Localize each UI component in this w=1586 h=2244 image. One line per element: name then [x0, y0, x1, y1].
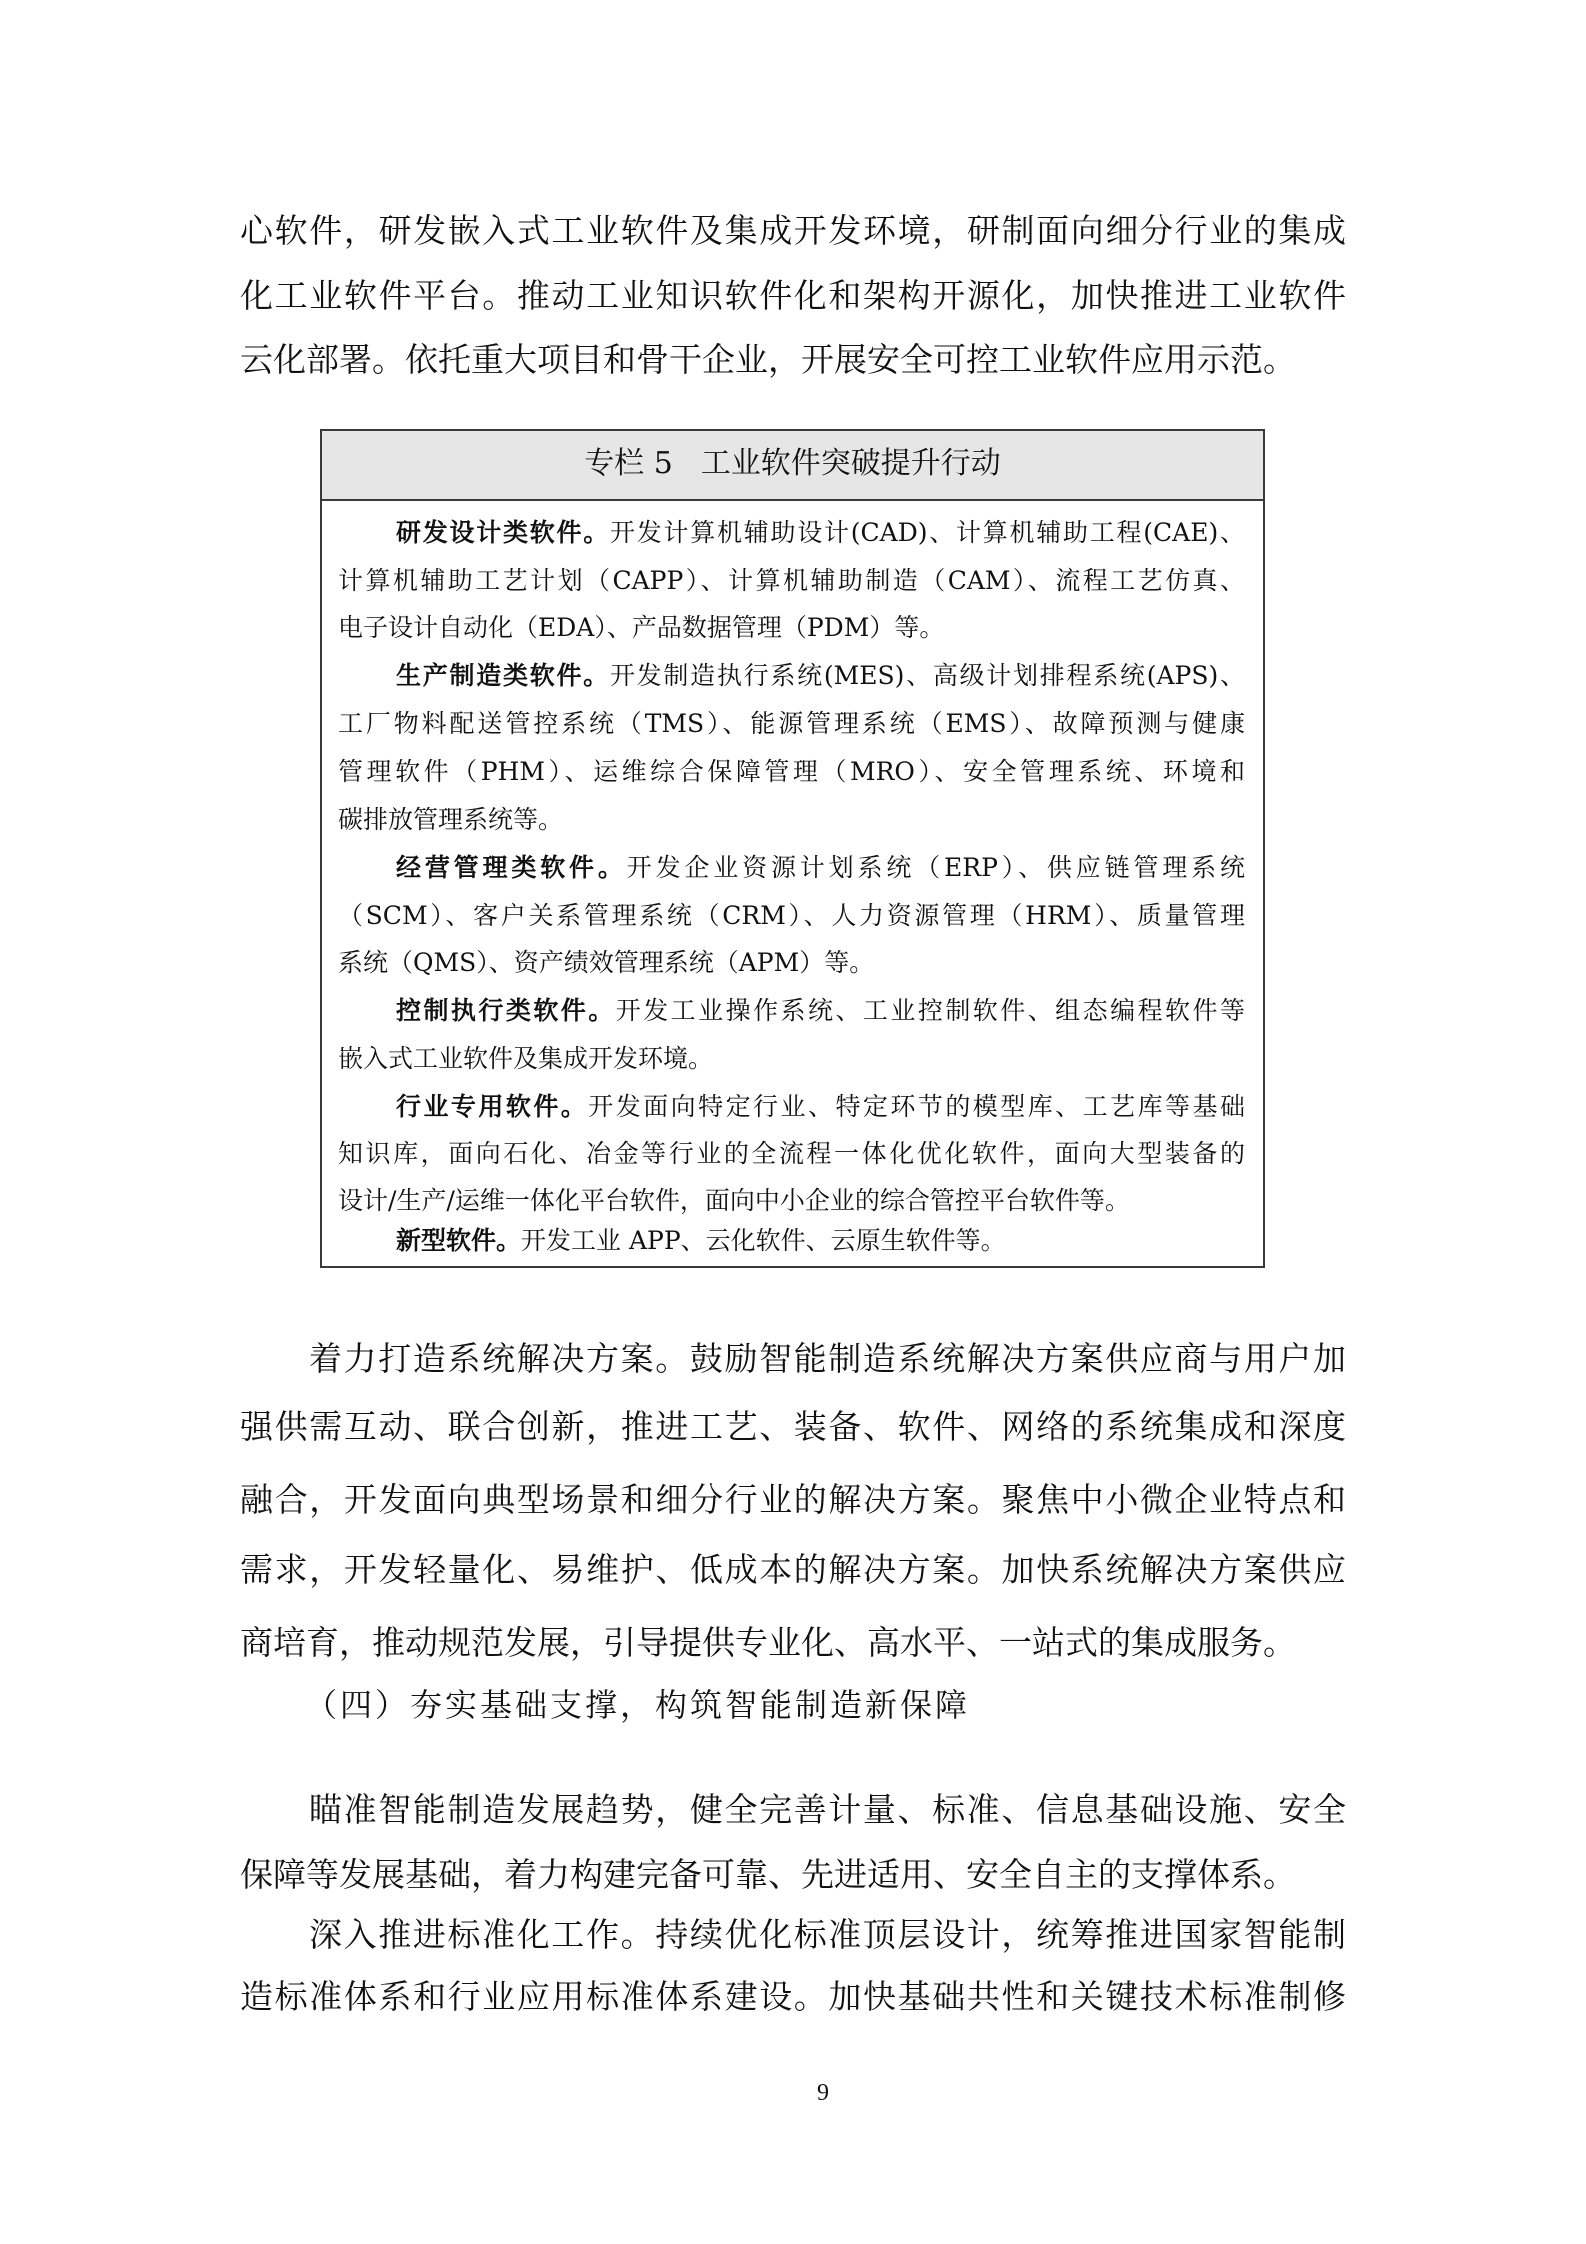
body-text-line: 着力打造系统解决方案。鼓励智能制造系统解决方案供应商与用户加: [309, 1336, 1346, 1382]
callout-term: 生产制造类软件。: [396, 661, 610, 690]
callout-term: 控制执行类软件。: [396, 996, 616, 1025]
callout-line: 知识库，面向石化、冶金等行业的全流程一体化优化软件，面向大型装备的: [338, 1134, 1245, 1174]
callout-line: 设计/生产/运维一体化平台软件，面向中小企业的综合管控平台软件等。: [338, 1181, 1245, 1221]
callout-line: 生产制造类软件。开发制造执行系统(MES)、高级计划排程系统(APS)、: [396, 656, 1245, 696]
body-text-line: 云化部署。依托重大项目和骨干企业，开展安全可控工业软件应用示范。: [240, 337, 1346, 383]
callout-line: （SCM）、客户关系管理系统（CRM）、人力资源管理（HRM）、质量管理: [338, 896, 1245, 936]
callout-term: 行业专用软件。: [396, 1092, 588, 1121]
body-text-line: 心软件，研发嵌入式工业软件及集成开发环境，研制面向细分行业的集成: [240, 208, 1346, 254]
callout-line: 管理软件（PHM）、运维综合保障管理（MRO）、安全管理系统、环境和: [338, 752, 1245, 792]
callout-term: 研发设计类软件。: [396, 518, 610, 547]
callout-label: 专栏 5: [584, 446, 673, 481]
callout-line: 行业专用软件。开发面向特定行业、特定环节的模型库、工艺库等基础: [396, 1087, 1245, 1127]
callout-header: 专栏 5工业软件突破提升行动: [322, 431, 1263, 501]
body-text-line: 造标准体系和行业应用标准体系建设。加快基础共性和关键技术标准制修: [240, 1974, 1346, 2020]
section-heading: （四）夯实基础支撑，构筑智能制造新保障: [305, 1682, 970, 1728]
callout-title: 工业软件突破提升行动: [701, 446, 1001, 481]
body-text-line: 深入推进标准化工作。持续优化标准顶层设计，统筹推进国家智能制: [309, 1912, 1346, 1958]
callout-line: 电子设计自动化（EDA）、产品数据管理（PDM）等。: [338, 608, 1245, 648]
body-text-line: 瞄准智能制造发展趋势，健全完善计量、标准、信息基础设施、安全: [309, 1787, 1346, 1833]
callout-line: 新型软件。开发工业 APP、云化软件、云原生软件等。: [396, 1221, 1245, 1261]
body-text-line: 商培育，推动规范发展，引导提供专业化、高水平、一站式的集成服务。: [240, 1620, 1346, 1666]
callout-line: 碳排放管理系统等。: [338, 800, 1245, 840]
callout-line: 研发设计类软件。开发计算机辅助设计(CAD)、计算机辅助工程(CAE)、: [396, 513, 1245, 553]
callout-term: 新型软件。: [396, 1226, 521, 1255]
body-text-line: 化工业软件平台。推动工业知识软件化和架构开源化，加快推进工业软件: [240, 273, 1346, 319]
callout-line: 控制执行类软件。开发工业操作系统、工业控制软件、组态编程软件等: [396, 991, 1245, 1031]
body-text-line: 强供需互动、联合创新，推进工艺、装备、软件、网络的系统集成和深度: [240, 1404, 1346, 1450]
callout-line: 计算机辅助工艺计划（CAPP）、计算机辅助制造（CAM）、流程工艺仿真、: [338, 561, 1245, 601]
callout-line: 系统（QMS）、资产绩效管理系统（APM）等。: [338, 943, 1245, 983]
body-text-line: 保障等发展基础，着力构建完备可靠、先进适用、安全自主的支撑体系。: [240, 1852, 1346, 1898]
callout-box: 专栏 5工业软件突破提升行动 研发设计类软件。开发计算机辅助设计(CAD)、计算…: [320, 429, 1265, 1268]
body-text-line: 需求，开发轻量化、易维护、低成本的解决方案。加快系统解决方案供应: [240, 1547, 1346, 1593]
page-number: 9: [808, 2080, 838, 2107]
callout-line: 经营管理类软件。开发企业资源计划系统（ERP）、供应链管理系统: [396, 848, 1245, 888]
document-page: 心软件，研发嵌入式工业软件及集成开发环境，研制面向细分行业的集成 化工业软件平台…: [0, 0, 1586, 2244]
callout-line: 嵌入式工业软件及集成开发环境。: [338, 1039, 1245, 1079]
callout-line: 工厂物料配送管控系统（TMS）、能源管理系统（EMS）、故障预测与健康: [338, 704, 1245, 744]
callout-term: 经营管理类软件。: [396, 853, 627, 882]
body-text-line: 融合，开发面向典型场景和细分行业的解决方案。聚焦中小微企业特点和: [240, 1477, 1346, 1523]
